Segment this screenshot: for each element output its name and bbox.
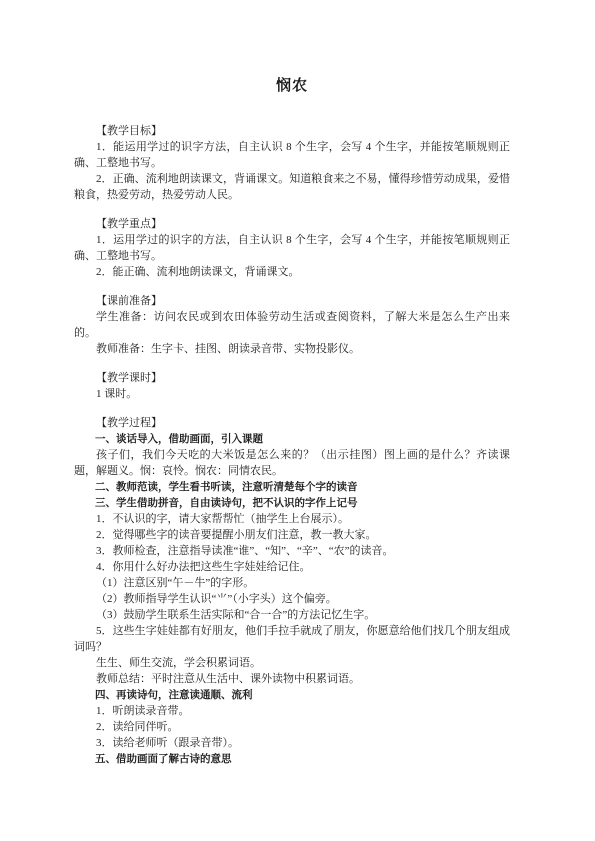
paragraph: 3．教师检查，注意指导读准“谁”、“知”、“辛”、“农”的读音。: [74, 543, 510, 559]
paragraph: 5．这些生字娃娃都有好朋友，他们手拉手就成了朋友，你愿意给他们找几个朋友组成词吗…: [74, 623, 510, 655]
paragraph: 孩子们，我们今天吃的大米饭是怎么来的？（出示挂图）图上画的是什么？齐读课题，解题…: [74, 447, 510, 479]
document-page: 悯农 【教学目标】1．能运用学过的识字方法，自主认识 8 个生字，会写 4 个生…: [0, 0, 595, 841]
bold-section-item: 一、谈话导入，借助画面，引入课题: [74, 431, 510, 447]
paragraph: 学生准备：访问农民或到农田体验劳动生活或查阅资料，了解大米是怎么生产出来的。: [74, 309, 510, 341]
document-title: 悯农: [74, 76, 510, 96]
section-heading: 【教学重点】: [74, 216, 510, 232]
bold-section-item: 二、教师范读，学生看书听读，注意听清楚每个字的读音: [74, 479, 510, 495]
paragraph: （3）鼓励学生联系生活实际和“合一合”的方法记忆生字。: [74, 607, 510, 623]
section-heading: 【教学课时】: [74, 370, 510, 386]
bold-section-item: 四、再读诗句，注意读通顺、流利: [74, 687, 510, 703]
section-heading: 【教学过程】: [74, 415, 510, 431]
blank-line: [74, 357, 510, 370]
paragraph: 生生、师生交流，学会积累词语。: [74, 655, 510, 671]
paragraph: 1．不认识的字，请大家帮帮忙（抽学生上台展示）。: [74, 511, 510, 527]
paragraph: 教师总结：平时注意从生活中、课外读物中积累词语。: [74, 671, 510, 687]
blank-line: [74, 203, 510, 216]
section-heading: 【课前准备】: [74, 293, 510, 309]
bold-section-item: 五、借助画面了解古诗的意思: [74, 751, 510, 767]
document-body: 【教学目标】1．能运用学过的识字方法，自主认识 8 个生字，会写 4 个生字，并…: [74, 123, 510, 767]
paragraph: 1．运用学过的识字的方法，自主认识 8 个生字，会写 4 个生字，并能按笔顺规则…: [74, 232, 510, 264]
paragraph: 1．能运用学过的识字方法，自主认识 8 个生字，会写 4 个生字，并能按笔顺规则…: [74, 139, 510, 171]
paragraph: 2．读给同伴听。: [74, 719, 510, 735]
blank-line: [74, 280, 510, 293]
paragraph: 2．能正确、流利地朗读课文，背诵课文。: [74, 264, 510, 280]
paragraph: 3．读给老师听（跟录音带）。: [74, 735, 510, 751]
paragraph: （1）注意区别“午－牛”的字形。: [74, 575, 510, 591]
section-heading: 【教学目标】: [74, 123, 510, 139]
paragraph: 4．你用什么好办法把这些生字娃娃给记住。: [74, 559, 510, 575]
paragraph: 1 课时。: [74, 386, 510, 402]
paragraph: 教师准备：生字卡、挂图、朗读录音带、实物投影仪。: [74, 341, 510, 357]
blank-line: [74, 402, 510, 415]
bold-section-item: 三、学生借助拼音，自由读诗句，把不认识的字作上记号: [74, 495, 510, 511]
paragraph: 1．听朗读录音带。: [74, 703, 510, 719]
paragraph: 2．正确、流利地朗读课文，背诵课文。知道粮食来之不易，懂得珍惜劳动成果，爱惜粮食…: [74, 171, 510, 203]
paragraph: 2．觉得哪些字的读音要提醒小朋友们注意，教一教大家。: [74, 527, 510, 543]
paragraph: （2）教师指导学生认识“⺌”（小字头）这个偏旁。: [74, 591, 510, 607]
